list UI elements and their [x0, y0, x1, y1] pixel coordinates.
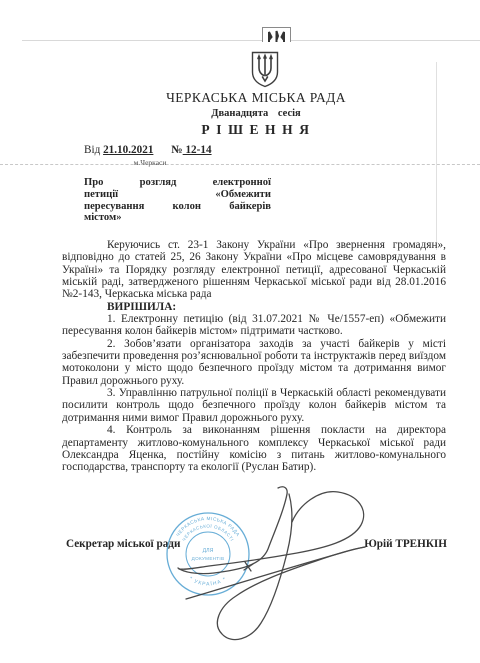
- date-prefix: Від: [84, 144, 100, 156]
- stamp-center-text-line2: ДОКУМЕНТІВ: [192, 556, 225, 561]
- council-title: ЧЕРКАСЬКА МІСЬКА РАДА: [32, 90, 480, 106]
- session-line: Дванадцята сесія: [32, 108, 480, 119]
- tryzub-icon-partial: [263, 28, 290, 42]
- stamp-bottom-text: * УКРАЇНА *: [188, 576, 228, 588]
- partial-tryzub-emblem-box: [262, 27, 291, 42]
- stamp-inner-ring: [186, 532, 230, 576]
- resolved-heading: ВИРІШИЛА:: [62, 301, 446, 313]
- signatory-name: Юрій ТРЕНКІН: [364, 538, 447, 550]
- resolution-item: 3. Управлінню патрульної поліції в Черка…: [62, 387, 446, 424]
- number-sign: №: [171, 144, 182, 156]
- resolution-item: 1. Електронну петицію (від 31.07.2021 № …: [62, 313, 446, 338]
- resolution-item: 2. Зобов’язати організатора заходів за у…: [62, 338, 446, 387]
- official-stamp: ЧЕРКАСЬКА МІСЬКА РАДА ЧЕРКАСЬКОЇ ОБЛАСТІ…: [165, 511, 251, 597]
- doc-type-title: Р І Ш Е Н Н Я: [32, 122, 480, 138]
- subject-block: Про розгляд електронної петиції «Обмежит…: [84, 177, 271, 224]
- resolution-item: 4. Контроль за виконанням рішення поклас…: [62, 424, 446, 473]
- place-line: м.Черкаси: [98, 158, 202, 167]
- date-value: 21.10.2021: [103, 144, 153, 156]
- scan-artifact-line-top: [22, 40, 480, 41]
- stamp-center-text-line1: ДЛЯ: [203, 548, 214, 554]
- subject-line: пересування колон байкерів: [84, 201, 271, 213]
- subject-line: петиції «Обмежити: [84, 189, 271, 201]
- document-page: { "colors": { "stamp_blue": "#4d9fd0", "…: [0, 0, 480, 663]
- document-header: ЧЕРКАСЬКА МІСЬКА РАДА Дванадцята сесія Р…: [32, 90, 480, 138]
- svg-text:* УКРАЇНА *: * УКРАЇНА *: [188, 576, 228, 588]
- signature-row: Секретар міської ради Юрій ТРЕНКІН: [66, 538, 447, 550]
- intro-paragraph: Керуючись ст. 23-1 Закону України «Про з…: [62, 239, 446, 301]
- subject-line: містом»: [84, 212, 271, 224]
- subject-line: Про розгляд електронної: [84, 177, 271, 189]
- doc-number: 12-14: [183, 144, 212, 156]
- scan-artifact-dashed-line: [0, 164, 480, 165]
- date-line: Від 21.10.2021№ 12-14: [84, 144, 212, 156]
- document-body: Керуючись ст. 23-1 Закону України «Про з…: [62, 239, 446, 474]
- signatory-role: Секретар міської ради: [66, 538, 180, 550]
- coat-of-arms-icon: [250, 51, 280, 88]
